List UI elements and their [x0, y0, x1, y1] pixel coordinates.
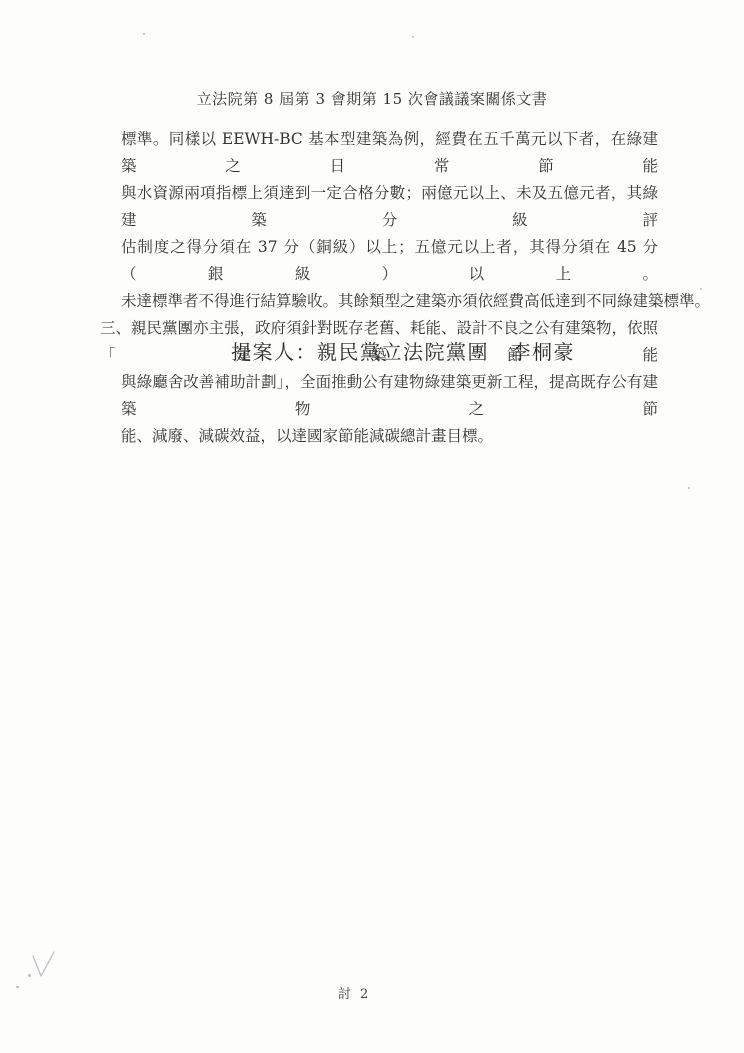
scanned-document-page: 立法院第 8 屆第 3 會期第 15 次會議議案關係文書 標準。同樣以 EEWH…	[0, 0, 744, 1053]
footer-section-label: 討	[338, 987, 351, 1002]
paragraph-line: 能、減廢、減碳效益，以達國家節能減碳總計畫目標。	[121, 423, 658, 450]
scan-speck	[688, 487, 690, 489]
scan-speck	[412, 36, 414, 38]
page-footer: 討2	[338, 983, 368, 1002]
scan-speck	[28, 974, 31, 977]
proposer-signature-line: 提案人：親民黨立法院黨團 李桐豪	[231, 336, 575, 365]
handwritten-check-mark-icon	[30, 949, 56, 981]
document-header-title: 立法院第 8 屆第 3 會期第 15 次會議議案關係文書	[0, 88, 744, 109]
scan-speck	[700, 288, 702, 290]
paragraph-line: 未達標準者不得進行結算驗收。其餘類型之建築亦須依經費高低達到不同綠建築標準。	[121, 288, 658, 315]
paragraph-line: 與綠廳舍改善補助計劃」，全面推動公有建物綠建築更新工程，提高既存公有建築物之節	[121, 369, 658, 423]
paragraph-line: 與水資源兩項指標上須達到一定合格分數；兩億元以上、未及五億元者，其綠建築分級評	[121, 180, 658, 234]
scan-speck	[143, 33, 145, 35]
paragraph-line: 標準。同樣以 EEWH-BC 基本型建築為例，經費在五千萬元以下者，在綠建築之日…	[121, 126, 658, 180]
paragraph-line: 估制度之得分須在 37 分（銅級）以上；五億元以上者，其得分須在 45 分（銀級…	[121, 234, 658, 288]
footer-page-number: 2	[360, 987, 368, 1002]
continuation-paragraph: 標準。同樣以 EEWH-BC 基本型建築為例，經費在五千萬元以下者，在綠建築之日…	[100, 126, 658, 315]
scan-speck	[16, 986, 19, 988]
document-body: 標準。同樣以 EEWH-BC 基本型建築為例，經費在五千萬元以下者，在綠建築之日…	[100, 126, 658, 450]
